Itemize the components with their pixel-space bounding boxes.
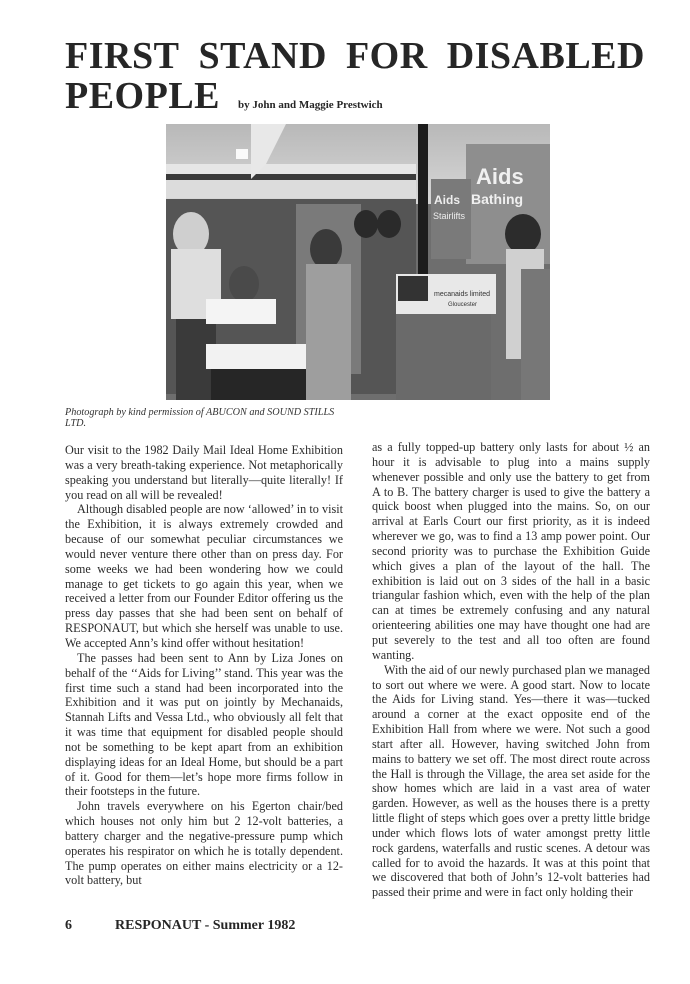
svg-text:Stairlifts: Stairlifts (433, 211, 466, 221)
svg-text:Aids: Aids (434, 193, 460, 207)
title-word: PEOPLE (65, 76, 220, 116)
page-number: 6 (65, 918, 115, 934)
title-word: DISABLED (447, 36, 645, 76)
page-footer: 6 RESPONAUT - Summer 1982 (65, 918, 295, 934)
title-word: FOR (346, 36, 428, 76)
svg-text:Bathing: Bathing (471, 191, 523, 207)
paragraph: Although disabled people are now ‘allowe… (65, 502, 343, 650)
paragraph: Our visit to the 1982 Daily Mail Ideal H… (65, 443, 343, 502)
article-column-right: as a fully topped-up battery only lasts … (372, 440, 650, 900)
exhibition-photo: Aids Bathing Aids Stairlifts mecanaids l… (166, 124, 550, 400)
photo-illustration: Aids Bathing Aids Stairlifts mecanaids l… (166, 124, 550, 400)
paragraph: as a fully topped-up battery only lasts … (372, 440, 650, 663)
article-title: FIRST STAND FOR DISABLED PEOPLE by John … (65, 36, 645, 125)
paragraph: John travels everywhere on his Egerton c… (65, 799, 343, 888)
title-word: STAND (198, 36, 327, 76)
title-word: FIRST (65, 36, 179, 76)
publication-name: RESPONAUT - Summer 1982 (115, 918, 295, 934)
article-column-left: Our visit to the 1982 Daily Mail Ideal H… (65, 443, 343, 888)
byline: by John and Maggie Prestwich (238, 85, 383, 125)
svg-text:Gloucester: Gloucester (448, 302, 477, 308)
photo-caption: Photograph by kind permission of ABUCON … (65, 408, 345, 429)
paragraph: The passes had been sent to Ann by Liza … (65, 651, 343, 799)
svg-text:mecanaids limited: mecanaids limited (434, 291, 490, 298)
paragraph: With the aid of our newly purchased plan… (372, 663, 650, 901)
svg-text:Aids: Aids (476, 164, 524, 189)
